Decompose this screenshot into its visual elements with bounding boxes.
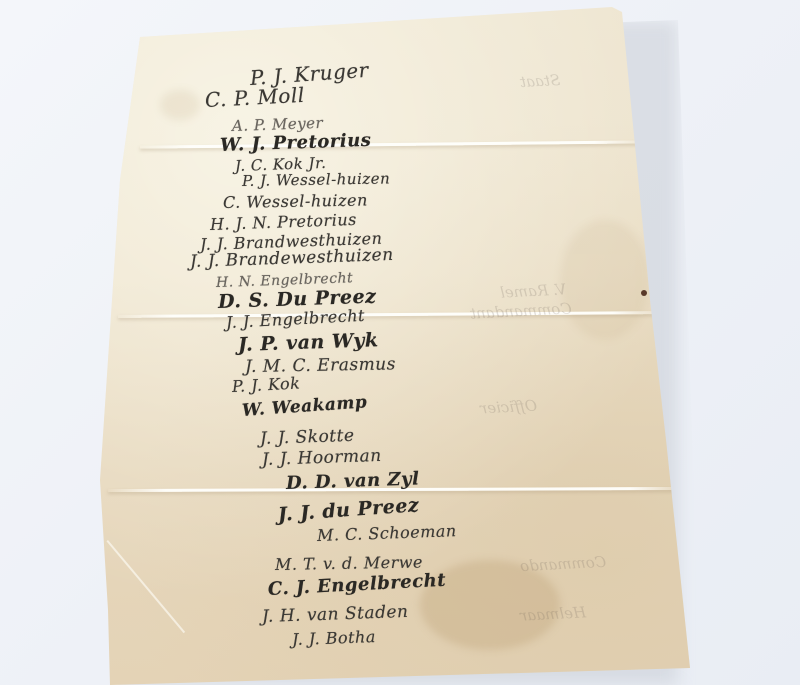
signature: C. J. Engelbrecht xyxy=(267,570,446,600)
bleed-through-line: Staat xyxy=(520,71,561,91)
signature: J. H. van Staden xyxy=(262,602,409,627)
signature: J. M. C. Erasmus xyxy=(245,354,396,377)
signature: W. J. Pretorius xyxy=(220,130,372,156)
signature: J. J. Botha xyxy=(292,627,376,649)
signature: P. J. Wessel-huizen xyxy=(242,169,391,190)
paper-crease xyxy=(106,540,185,633)
paper-fold xyxy=(140,140,645,148)
signature: C. Wessel-huizen xyxy=(223,191,368,213)
signature: J. J. Skotte xyxy=(260,426,355,449)
bleed-through-line: Commandant xyxy=(470,299,573,322)
signature: W. Weakamp xyxy=(241,392,368,421)
bleed-through-line: Commando xyxy=(520,553,607,575)
signature: J. P. van Wyk xyxy=(238,329,379,356)
signature: P. J. Kok xyxy=(232,374,301,397)
paper-stain xyxy=(560,220,650,340)
bleed-through-line: V. Ramel xyxy=(500,280,567,301)
paper-stain xyxy=(160,90,200,120)
bleed-through-line: Helmaar xyxy=(520,603,587,624)
ink-spot xyxy=(641,290,647,296)
signature: M. C. Schoeman xyxy=(317,522,457,546)
signature: J. J. du Preez xyxy=(277,494,420,526)
bleed-through-line: Officier xyxy=(480,397,538,418)
signature: J. J. Hoorman xyxy=(262,446,382,470)
signature: C. P. Moll xyxy=(204,83,305,112)
